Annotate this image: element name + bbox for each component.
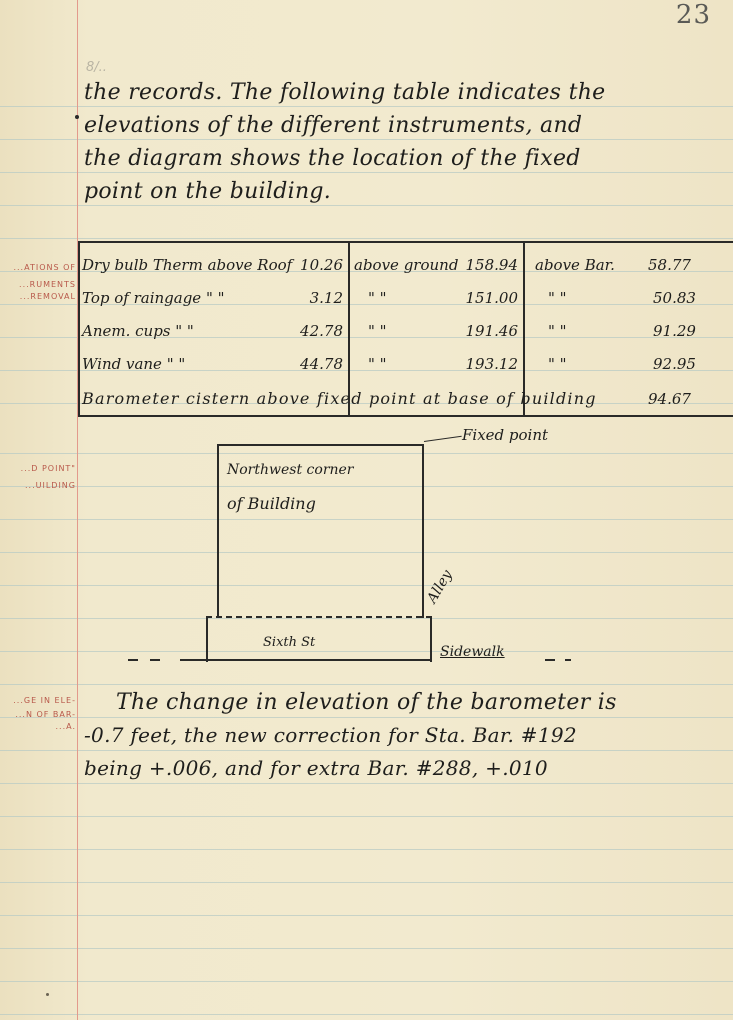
fixed-point-label: Fixed point: [462, 426, 548, 444]
paragraph-line: the records. The following table indicat…: [84, 80, 606, 105]
margin-note-line: ...removal: [0, 288, 76, 305]
ground-label: " ": [368, 354, 387, 374]
margin-note-fixed-point: ...d Point" ...uilding: [0, 460, 76, 494]
ruled-line: [0, 172, 733, 173]
ruled-line: [0, 717, 733, 718]
ground-dash: [545, 659, 555, 661]
ruled-line: [0, 948, 733, 949]
ruled-line: [0, 139, 733, 140]
ruled-line: [0, 238, 733, 239]
margin-note-line: ...ations of: [0, 259, 76, 276]
above-ground-value: 191.46: [448, 321, 518, 341]
ruled-line: [0, 849, 733, 850]
notebook-page: 23 8/.. the records. The following table…: [0, 0, 733, 1020]
sidewalk-label: Sidewalk: [440, 644, 505, 660]
ink-speck: [46, 993, 49, 996]
ruled-line: [0, 750, 733, 751]
above-roof-value: 3.12: [283, 288, 343, 308]
margin-note-change-elevation: ...ge in Ele- ...n of Bar- ...a.: [0, 692, 76, 735]
instrument-name: Wind vane " ": [82, 354, 185, 374]
ruled-line: [0, 205, 733, 206]
paragraph-line: -0.7 feet, the new correction for Sta. B…: [84, 723, 577, 747]
above-roof-value: 10.26: [283, 255, 343, 275]
margin-note-line: ...d Point": [0, 460, 76, 477]
ground-line: [180, 659, 430, 661]
margin-line: [77, 0, 78, 1020]
ground-label: " ": [368, 321, 387, 341]
bar-label: " ": [548, 288, 567, 308]
building-base-outline: [206, 616, 432, 662]
barometer-cistern-value: 94.67: [648, 389, 691, 409]
barometer-cistern-text: Barometer cistern above fixed point at b…: [82, 389, 597, 409]
ruled-line: [0, 816, 733, 817]
margin-note-elevations: ...ations of ...ruments ...removal: [0, 259, 76, 305]
street-label: Sixth St: [263, 635, 315, 650]
paragraph-line: elevations of the different instruments,…: [84, 113, 582, 138]
ruled-line: [0, 783, 733, 784]
instrument-name: Top of raingage " ": [82, 288, 225, 308]
ground-dash: [128, 659, 138, 661]
ground-label: " ": [368, 288, 387, 308]
above-bar-value: 58.77: [648, 255, 691, 275]
ground-dash: [150, 659, 160, 661]
above-ground-value: 193.12: [448, 354, 518, 374]
instrument-name: Anem. cups " ": [82, 321, 194, 341]
ground-dash: [565, 659, 571, 661]
instrument-name: Dry bulb Therm above Roof: [82, 255, 292, 275]
bar-label: above Bar.: [535, 255, 615, 275]
ground-label: above ground: [354, 255, 458, 275]
ruled-line: [0, 915, 733, 916]
ruled-line: [0, 1014, 733, 1015]
ruled-line: [0, 106, 733, 107]
bar-label: " ": [548, 321, 567, 341]
paragraph-line: point on the building.: [84, 179, 331, 204]
paragraph-line: the diagram shows the location of the fi…: [84, 146, 581, 171]
building-label: of Building: [227, 494, 316, 513]
above-roof-value: 42.78: [283, 321, 343, 341]
paragraph-line: being +.006, and for extra Bar. #288, +.…: [84, 756, 548, 780]
ink-dot: [75, 115, 79, 119]
paragraph-line: The change in elevation of the barometer…: [116, 690, 617, 715]
ruled-line: [0, 981, 733, 982]
alley-label: Alley: [424, 567, 455, 606]
above-bar-value: 50.83: [653, 288, 696, 308]
table-border: [78, 243, 80, 415]
above-bar-value: 92.95: [653, 354, 696, 374]
elevation-table: Dry bulb Therm above Roof 10.26 above gr…: [78, 241, 733, 417]
page-number: 23: [676, 0, 711, 30]
above-ground-value: 151.00: [448, 288, 518, 308]
pencil-mark: 8/..: [86, 60, 107, 75]
bar-label: " ": [548, 354, 567, 374]
ruled-line: [0, 684, 733, 685]
fixed-point-arrow: [424, 436, 462, 442]
above-bar-value: 91.29: [653, 321, 696, 341]
ruled-line: [0, 882, 733, 883]
margin-note-line: ...uilding: [0, 477, 76, 494]
above-ground-value: 158.94: [448, 255, 518, 275]
above-roof-value: 44.78: [283, 354, 343, 374]
building-label: Northwest corner: [227, 462, 354, 478]
